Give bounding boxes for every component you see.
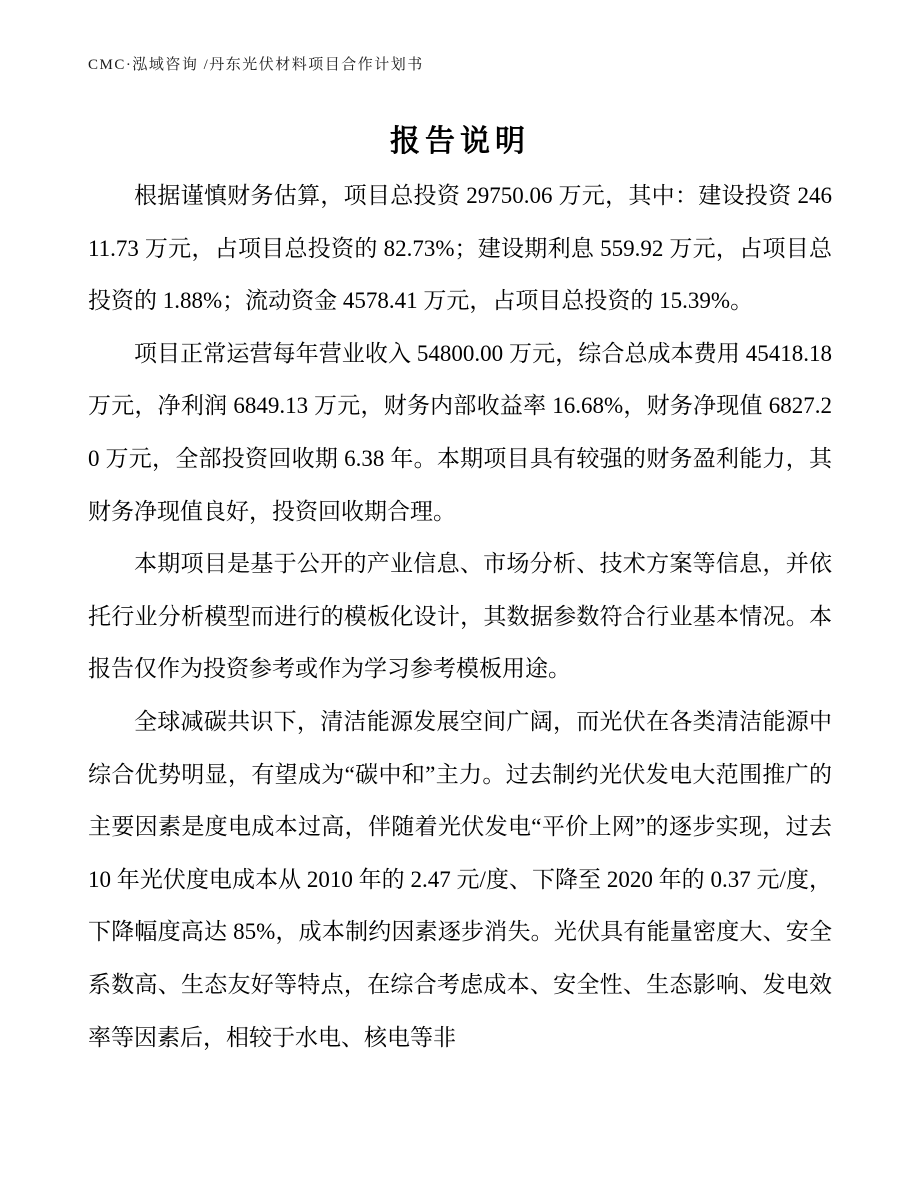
paragraphs: 根据谨慎财务估算，项目总投资 29750.06 万元，其中：建设投资 24611… bbox=[88, 170, 832, 1064]
paragraph: 根据谨慎财务估算，项目总投资 29750.06 万元，其中：建设投资 24611… bbox=[88, 170, 832, 328]
paragraph: 本期项目是基于公开的产业信息、市场分析、技术方案等信息，并依托行业分析模型而进行… bbox=[88, 538, 832, 696]
paragraph: 项目正常运营每年营业收入 54800.00 万元，综合总成本费用 45418.1… bbox=[88, 328, 832, 538]
paragraph: 全球减碳共识下，清洁能源发展空间广阔，而光伏在各类清洁能源中综合优势明显，有望成… bbox=[88, 696, 832, 1064]
document-page: CMC·泓域咨询 /丹东光伏材料项目合作计划书 报告说明 根据谨慎财务估算，项目… bbox=[0, 0, 920, 1191]
document-title: 报告说明 bbox=[0, 119, 920, 164]
page-header: CMC·泓域咨询 /丹东光伏材料项目合作计划书 bbox=[0, 0, 920, 75]
